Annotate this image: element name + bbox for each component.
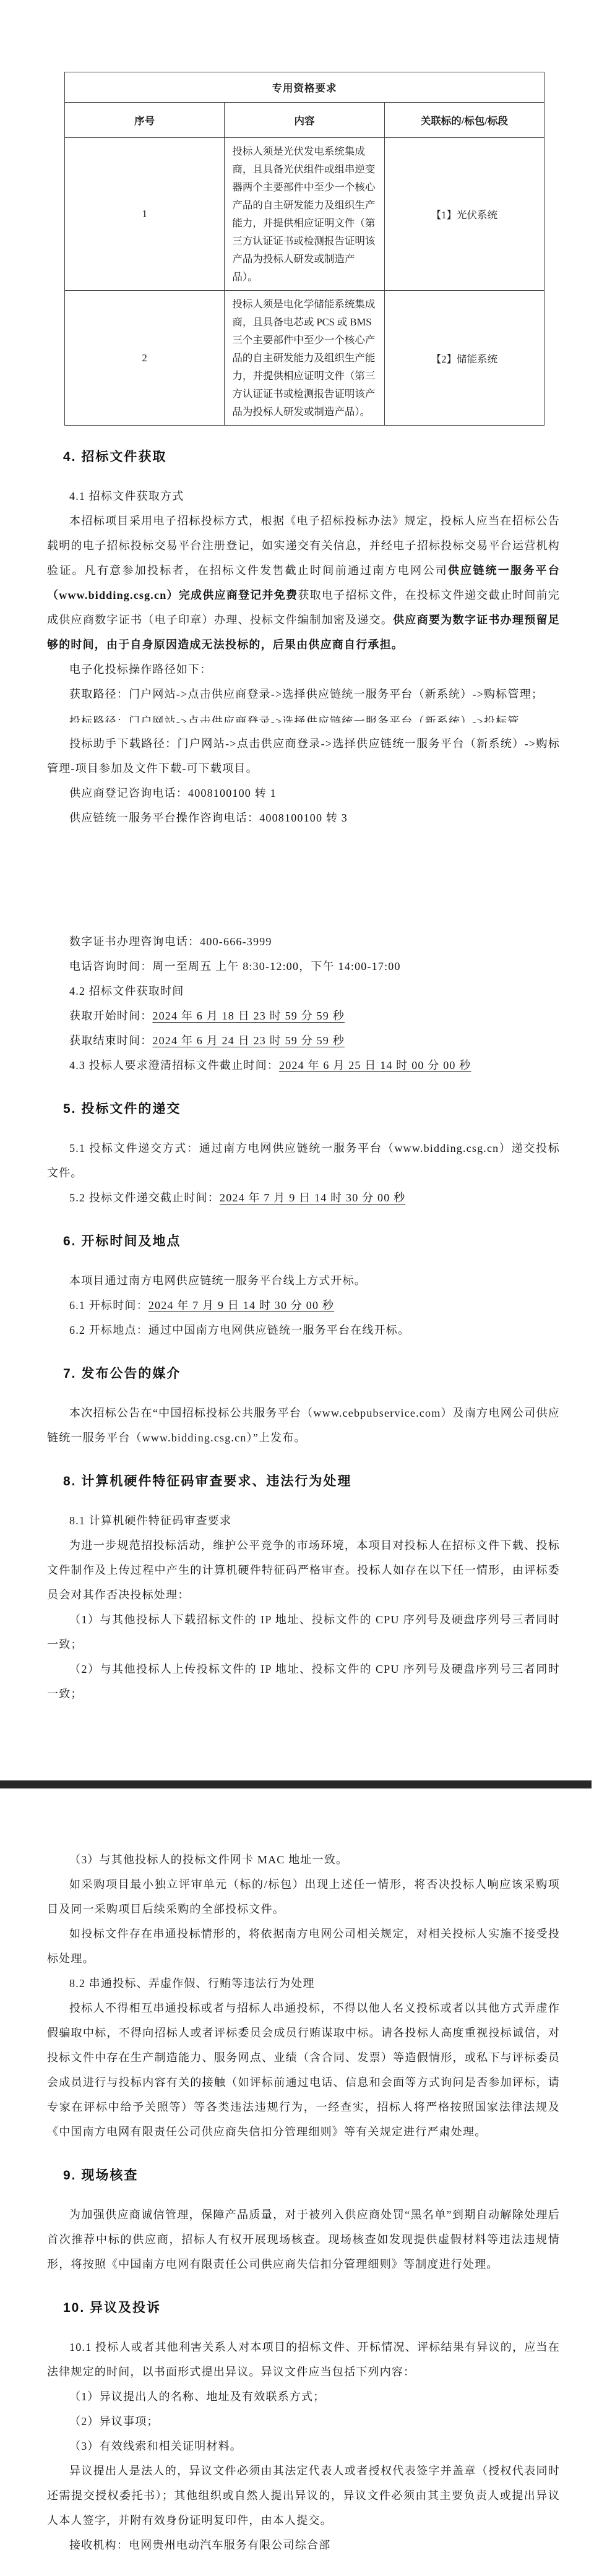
column-header-no: 序号	[65, 103, 225, 138]
section-8-heading: 8. 计算机硬件特征码审查要求、违法行为处理	[63, 1471, 560, 1490]
subsection-4-2-title: 4.2 招标文件获取时间	[47, 979, 560, 1003]
section-4-heading: 4. 招标文件获取	[63, 447, 560, 465]
clipped-line-bid-path: 投标路径：门户网站->点击供应商登录->选择供应链统一服务平台（新系统）->投标…	[47, 715, 560, 723]
opening-place-line: 6.2 开标地点：通过中国南方电网供应链统一服务平台在线开标。	[47, 1318, 560, 1342]
field-label: 4.3 投标人要求澄清招标文件截止时间：	[69, 1059, 279, 1071]
opening-time-value: 2024 年 7 月 9 日 14 时 30 分 00 秒	[149, 1299, 334, 1312]
cell-row-target: 【2】储能系统	[384, 291, 544, 426]
section-7-heading: 7. 发布公告的媒介	[63, 1363, 560, 1382]
page-gap	[47, 1706, 560, 1780]
field-label: 获取开始时间：	[69, 1010, 152, 1022]
phone-line-platform-service: 供应链统一服务平台操作咨询电话：4008100100 转 3	[47, 805, 560, 830]
page-gap	[47, 830, 560, 929]
paragraph-epath-intro: 电子化投标操作路径如下：	[47, 657, 560, 682]
objection-item-2: （2）异议事项；	[47, 2409, 560, 2434]
paragraph-bid-path: 投标路径：门户网站->点击供应商登录->选择供应链统一服务平台（新系统）->投标…	[47, 715, 560, 723]
phone-line-certificate: 数字证书办理咨询电话：400-666-3999	[47, 929, 560, 954]
paragraph-announcement-media: 本次招标公告在“中国招标投标公共服务平台（www.cebpubservice.c…	[47, 1401, 560, 1450]
cell-row-no: 2	[65, 291, 225, 426]
paragraph-site-verification: 为加强供应商诚信管理，保障产品质量，对于被列入供应商处罚“黑名单”到期自动解除处…	[47, 2202, 560, 2277]
paragraph-obtain-path: 获取路径：门户网站->点击供应商登录->选择供应链统一服务平台（新系统）->购标…	[47, 682, 560, 706]
list-item-3: （3）与其他投标人的投标文件网卡 MAC 地址一致。	[47, 1847, 560, 1872]
paragraph-submit-method: 5.1 投标文件递交方式：通过南方电网供应链统一服务平台（www.bidding…	[47, 1136, 560, 1185]
phone-line-supplier-register: 供应商登记咨询电话：4008100100 转 1	[47, 781, 560, 805]
cell-row-content: 投标人须是光伏发电系统集成商，且具备光伏组件或组串逆变器两个主要部件中至少一个核…	[225, 138, 384, 291]
submit-deadline-value: 2024 年 7 月 9 日 14 时 30 分 00 秒	[220, 1191, 405, 1204]
paragraph-assistant-download-path: 投标助手下载路径：门户网站->点击供应商登录->选择供应链统一服务平台（新系统）…	[47, 731, 560, 781]
section-9-heading: 9. 现场核查	[63, 2165, 560, 2184]
special-qualification-table: 专用资格要求 序号 内容 关联标的/标包/标段 1 投标人须是光伏发电系统集成商…	[64, 72, 545, 426]
paragraph-objection-signature: 异议提出人是法人的，异议文件必须由其法定代表人或者授权代表签字并盖章（授权代表同…	[47, 2458, 560, 2533]
paragraph-reject-rule: 如采购项目最小独立评审单元（标的/标包）出现上述任一情形，将否决投标人响应该采购…	[47, 1872, 560, 1921]
obtain-end-time-line: 获取结束时间：2024 年 6 月 24 日 23 时 59 分 59 秒	[47, 1028, 560, 1053]
section-5-heading: 5. 投标文件的递交	[63, 1099, 560, 1117]
objection-item-1: （1）异议提出人的名称、地址及有效联系方式；	[47, 2384, 560, 2409]
document-content: 专用资格要求 序号 内容 关联标的/标包/标段 1 投标人须是光伏发电系统集成商…	[0, 0, 607, 2557]
paragraph-online-opening: 本项目通过南方电网供应链统一服务平台线上方式开标。	[47, 1268, 560, 1293]
field-label: 6.1 开标时间：	[69, 1299, 149, 1312]
clarification-deadline-value: 2024 年 6 月 25 日 14 时 00 分 00 秒	[279, 1059, 471, 1071]
cell-row-no: 1	[65, 138, 225, 291]
column-header-content: 内容	[225, 103, 384, 138]
page-gap	[47, 1788, 560, 1847]
clarification-deadline-line: 4.3 投标人要求澄清招标文件截止时间：2024 年 6 月 25 日 14 时…	[47, 1053, 560, 1078]
list-item-1: （1）与其他投标人下载招标文件的 IP 地址、投标文件的 CPU 序列号及硬盘序…	[47, 1607, 560, 1657]
receiving-agency-line: 接收机构：电网贵州电动汽车服务有限公司综合部	[47, 2533, 560, 2557]
cell-row-target: 【1】光伏系统	[384, 138, 544, 291]
subsection-8-1-title: 8.1 计算机硬件特征码审查要求	[47, 1508, 560, 1533]
list-item-2: （2）与其他投标人上传投标文件的 IP 地址、投标文件的 CPU 序列号及硬盘序…	[47, 1657, 560, 1706]
objection-item-3: （3）有效线索和相关证明材料。	[47, 2434, 560, 2458]
paragraph-hardware-review: 为进一步规范招投标活动，维护公平竞争的市场环境，本项目对投标人在招标文件下载、投…	[47, 1533, 560, 1607]
document-page: 专用资格要求 序号 内容 关联标的/标包/标段 1 投标人须是光伏发电系统集成商…	[0, 0, 607, 2576]
page-separator-band	[0, 1780, 592, 1788]
paragraph-objection-intro: 10.1 投标人或者其他利害关系人对本项目的招标文件、开标情况、评标结果有异议的…	[47, 2335, 560, 2384]
column-header-target: 关联标的/标包/标段	[384, 103, 544, 138]
table-header-row: 序号 内容 关联标的/标包/标段	[65, 103, 545, 138]
paragraph-collusion-rule: 如投标文件存在串通投标情形的，将依据南方电网公司相关规定，对相关投标人实施不接受…	[47, 1921, 560, 1971]
subsection-4-1-title: 4.1 招标文件获取方式	[47, 484, 560, 509]
obtain-end-time-value: 2024 年 6 月 24 日 23 时 59 分 59 秒	[152, 1034, 345, 1047]
paragraph-illegal-behavior: 投标人不得相互串通投标或者与招标人串通投标，不得以他人名义投标或者以其他方式弄虚…	[47, 1996, 560, 2144]
submit-deadline-line: 5.2 投标文件递交截止时间：2024 年 7 月 9 日 14 时 30 分 …	[47, 1185, 560, 1210]
subsection-8-2-title: 8.2 串通投标、弄虚作假、行贿等违法行为处理	[47, 1971, 560, 1996]
cell-row-content: 投标人须是电化学储能系统集成商，且具备电芯或 PCS 或 BMS 三个主要部件中…	[225, 291, 384, 426]
table-row: 1 投标人须是光伏发电系统集成商，且具备光伏组件或组串逆变器两个主要部件中至少一…	[65, 138, 545, 291]
opening-time-line: 6.1 开标时间：2024 年 7 月 9 日 14 时 30 分 00 秒	[47, 1293, 560, 1318]
obtain-start-time-value: 2024 年 6 月 18 日 23 时 59 分 59 秒	[152, 1010, 345, 1022]
table-title: 专用资格要求	[65, 72, 545, 103]
table-row: 2 投标人须是电化学储能系统集成商，且具备电芯或 PCS 或 BMS 三个主要部…	[65, 291, 545, 426]
table-title-row: 专用资格要求	[65, 72, 545, 103]
section-10-heading: 10. 异议及投诉	[63, 2298, 560, 2316]
field-label: 获取结束时间：	[69, 1034, 152, 1047]
section-6-heading: 6. 开标时间及地点	[63, 1231, 560, 1250]
field-label: 5.2 投标文件递交截止时间：	[69, 1191, 220, 1204]
phone-line-hours: 电话咨询时间：周一至周五 上午 8:30-12:00，下午 14:00-17:0…	[47, 954, 560, 979]
obtain-start-time-line: 获取开始时间：2024 年 6 月 18 日 23 时 59 分 59 秒	[47, 1003, 560, 1028]
paragraph-file-obtain: 本招标项目采用电子招标投标方式，根据《电子招标投标办法》规定，投标人应当在招标公…	[47, 509, 560, 657]
